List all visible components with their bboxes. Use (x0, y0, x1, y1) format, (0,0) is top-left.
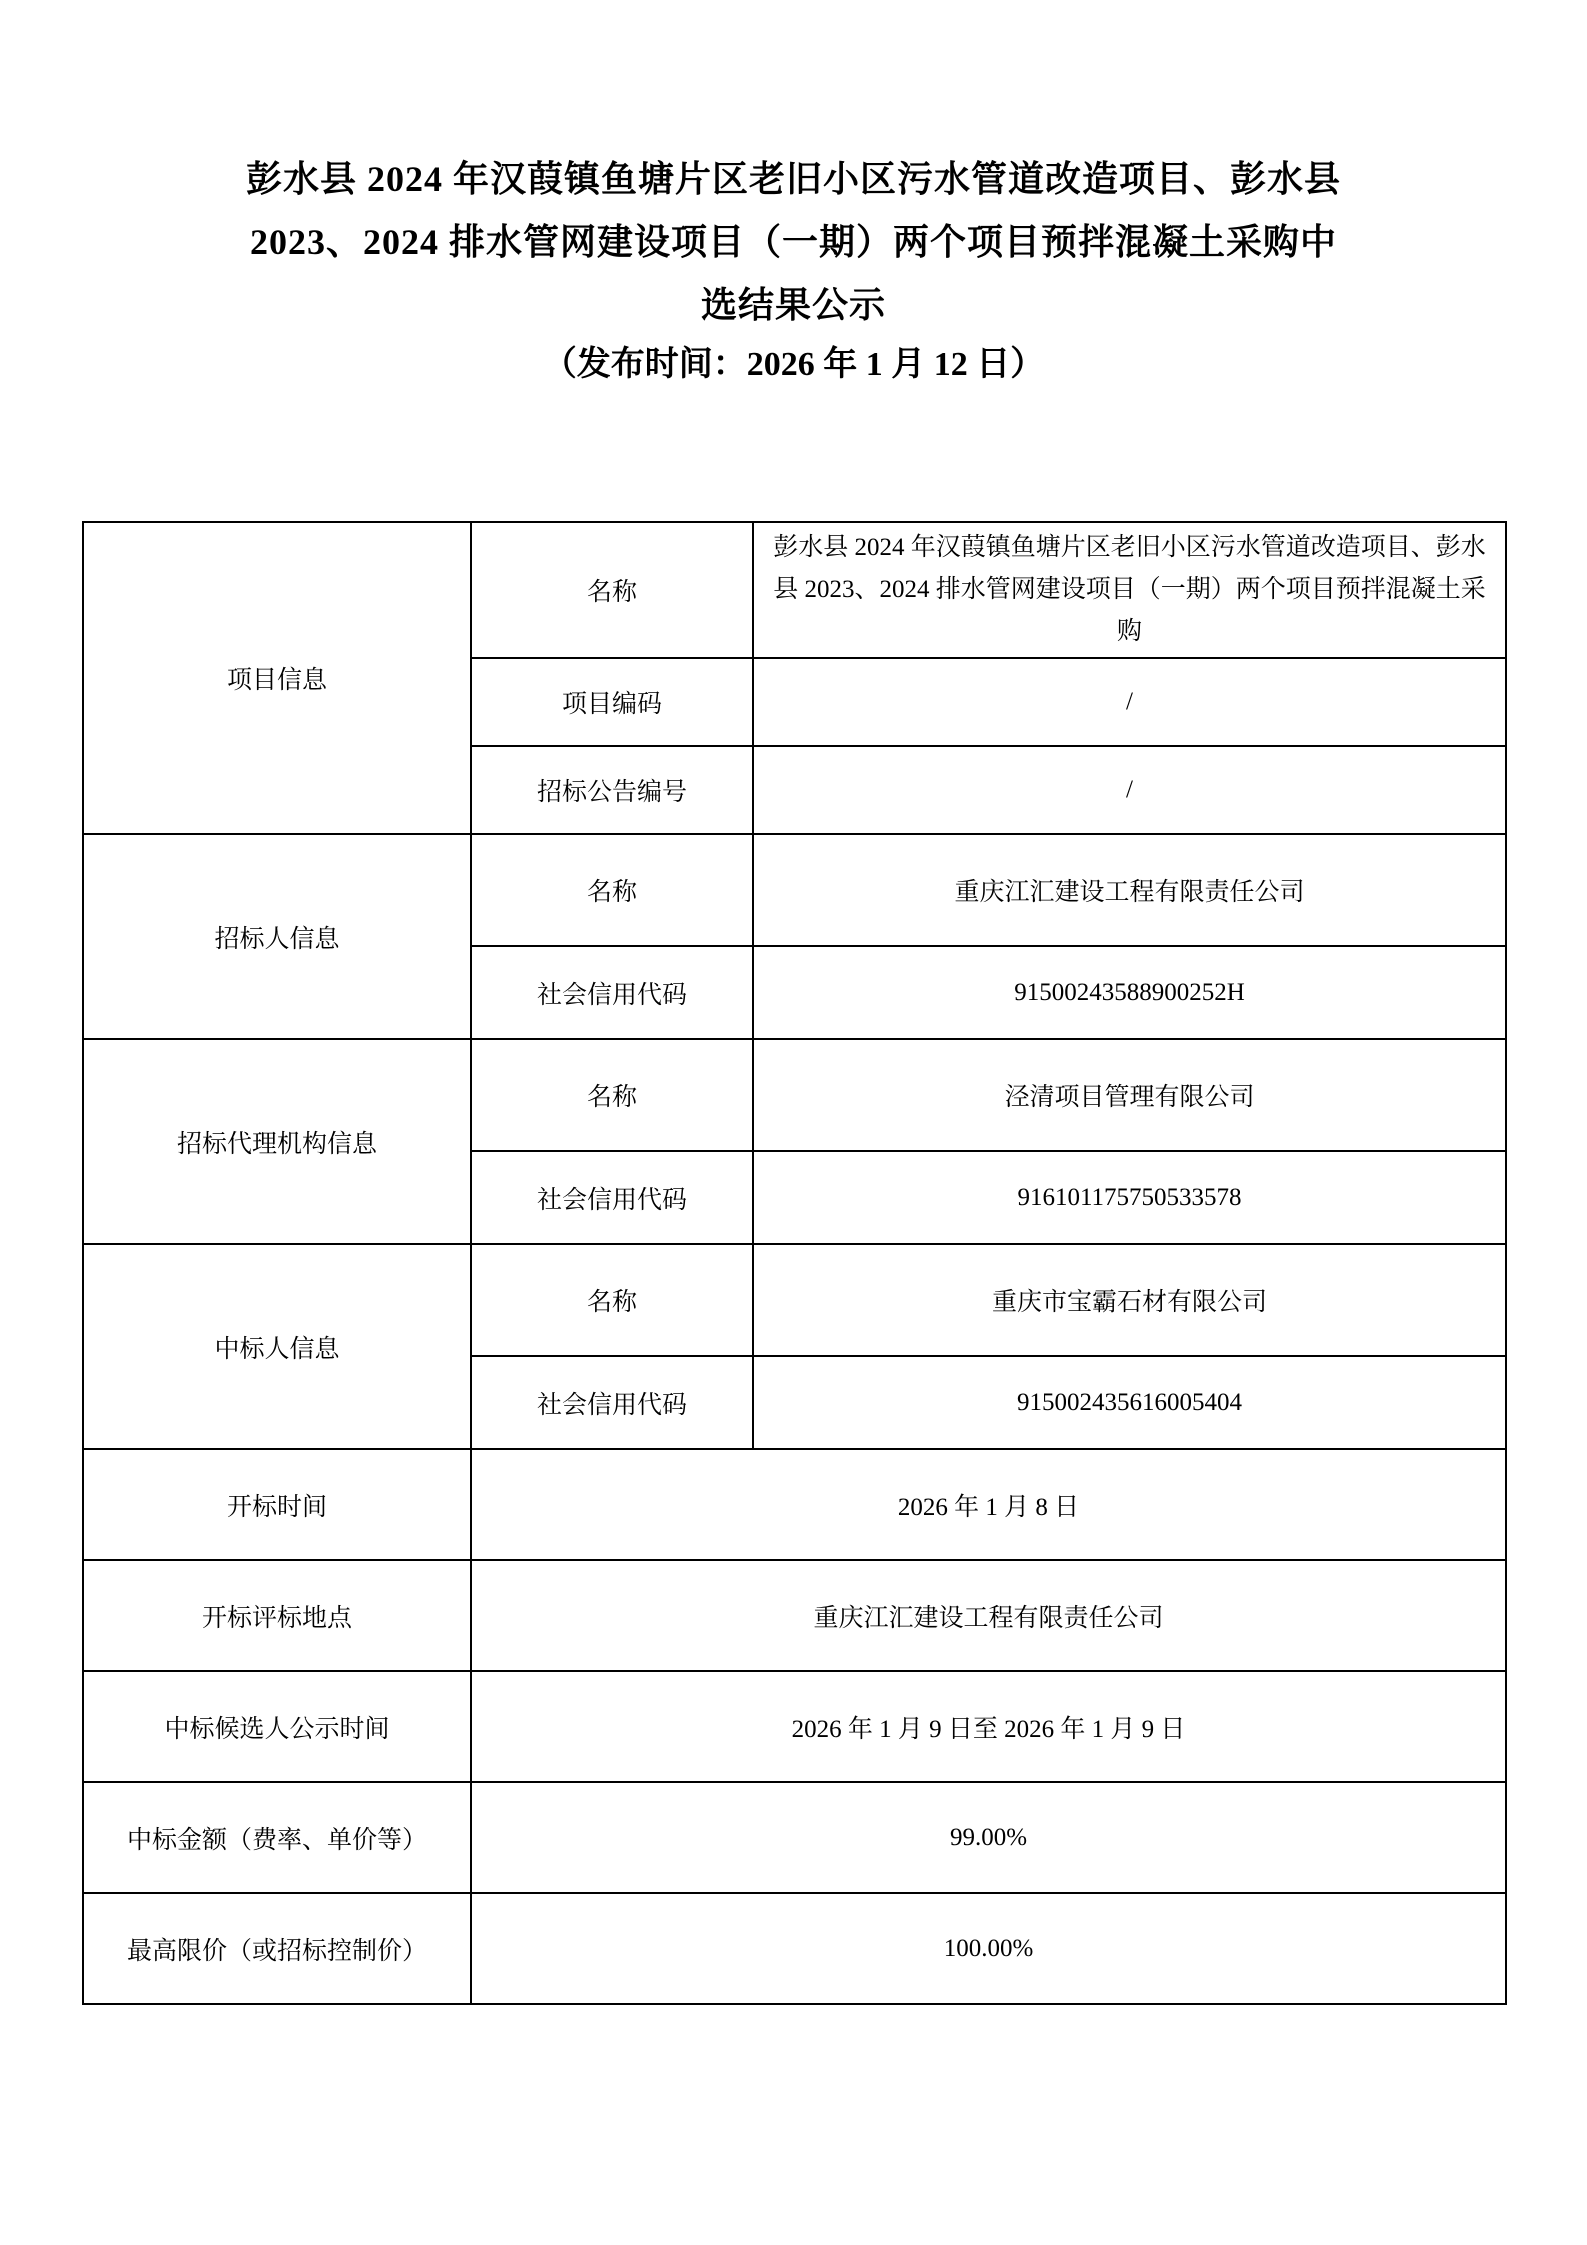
field-label-project-code: 项目编码 (471, 658, 753, 746)
group-label-agency-info: 招标代理机构信息 (83, 1039, 471, 1244)
field-label-winner-name: 名称 (471, 1244, 753, 1356)
table-row: 招标人信息 名称 重庆江汇建设工程有限责任公司 (83, 834, 1506, 946)
row-value-bid-opening-place: 重庆江汇建设工程有限责任公司 (471, 1560, 1506, 1671)
row-label-bid-opening-time: 开标时间 (83, 1449, 471, 1560)
row-label-candidate-publicity-time: 中标候选人公示时间 (83, 1671, 471, 1782)
row-label-price-ceiling: 最高限价（或招标控制价） (83, 1893, 471, 2004)
field-label-agency-name: 名称 (471, 1039, 753, 1151)
table-row: 中标金额（费率、单价等） 99.00% (83, 1782, 1506, 1893)
group-label-project-info: 项目信息 (83, 522, 471, 834)
row-label-winning-amount: 中标金额（费率、单价等） (83, 1782, 471, 1893)
table-row: 中标人信息 名称 重庆市宝霸石材有限公司 (83, 1244, 1506, 1356)
table-row: 开标评标地点 重庆江汇建设工程有限责任公司 (83, 1560, 1506, 1671)
field-value-agency-credit-code: 916101175750533578 (753, 1151, 1506, 1244)
field-value-winner-credit-code: 915002435616005404 (753, 1356, 1506, 1449)
field-value-project-name: 彭水县 2024 年汉葭镇鱼塘片区老旧小区污水管道改造项目、彭水县 2023、2… (753, 522, 1506, 658)
table-row: 招标代理机构信息 名称 泾清项目管理有限公司 (83, 1039, 1506, 1151)
field-value-agency-name: 泾清项目管理有限公司 (753, 1039, 1506, 1151)
table-row: 中标候选人公示时间 2026 年 1 月 9 日至 2026 年 1 月 9 日 (83, 1671, 1506, 1782)
document-title: 彭水县 2024 年汉葭镇鱼塘片区老旧小区污水管道改造项目、彭水县 2023、2… (0, 0, 1587, 337)
table-row: 开标时间 2026 年 1 月 8 日 (83, 1449, 1506, 1560)
row-value-bid-opening-time: 2026 年 1 月 8 日 (471, 1449, 1506, 1560)
document-page: 彭水县 2024 年汉葭镇鱼塘片区老旧小区污水管道改造项目、彭水县 2023、2… (0, 0, 1587, 2245)
field-label-tenderer-name: 名称 (471, 834, 753, 946)
field-value-tenderer-name: 重庆江汇建设工程有限责任公司 (753, 834, 1506, 946)
group-label-winner-info: 中标人信息 (83, 1244, 471, 1449)
table-row: 最高限价（或招标控制价） 100.00% (83, 1893, 1506, 2004)
field-label-project-name: 名称 (471, 522, 753, 658)
title-line-3: 选结果公示 (0, 274, 1587, 337)
field-value-tenderer-credit-code: 91500243588900252H (753, 946, 1506, 1039)
row-label-bid-opening-place: 开标评标地点 (83, 1560, 471, 1671)
field-label-announcement-code: 招标公告编号 (471, 746, 753, 834)
title-line-2: 2023、2024 排水管网建设项目（一期）两个项目预拌混凝土采购中 (0, 211, 1587, 274)
field-value-project-code: / (753, 658, 1506, 746)
info-table: 项目信息 名称 彭水县 2024 年汉葭镇鱼塘片区老旧小区污水管道改造项目、彭水… (82, 521, 1507, 2005)
title-line-1: 彭水县 2024 年汉葭镇鱼塘片区老旧小区污水管道改造项目、彭水县 (0, 148, 1587, 211)
group-label-tenderer-info: 招标人信息 (83, 834, 471, 1039)
field-value-announcement-code: / (753, 746, 1506, 834)
row-value-price-ceiling: 100.00% (471, 1893, 1506, 2004)
field-label-tenderer-credit-code: 社会信用代码 (471, 946, 753, 1039)
field-value-winner-name: 重庆市宝霸石材有限公司 (753, 1244, 1506, 1356)
row-value-winning-amount: 99.00% (471, 1782, 1506, 1893)
table-row: 项目信息 名称 彭水县 2024 年汉葭镇鱼塘片区老旧小区污水管道改造项目、彭水… (83, 522, 1506, 658)
field-label-agency-credit-code: 社会信用代码 (471, 1151, 753, 1244)
row-value-candidate-publicity-time: 2026 年 1 月 9 日至 2026 年 1 月 9 日 (471, 1671, 1506, 1782)
publish-date: （发布时间：2026 年 1 月 12 日） (0, 341, 1587, 389)
field-label-winner-credit-code: 社会信用代码 (471, 1356, 753, 1449)
